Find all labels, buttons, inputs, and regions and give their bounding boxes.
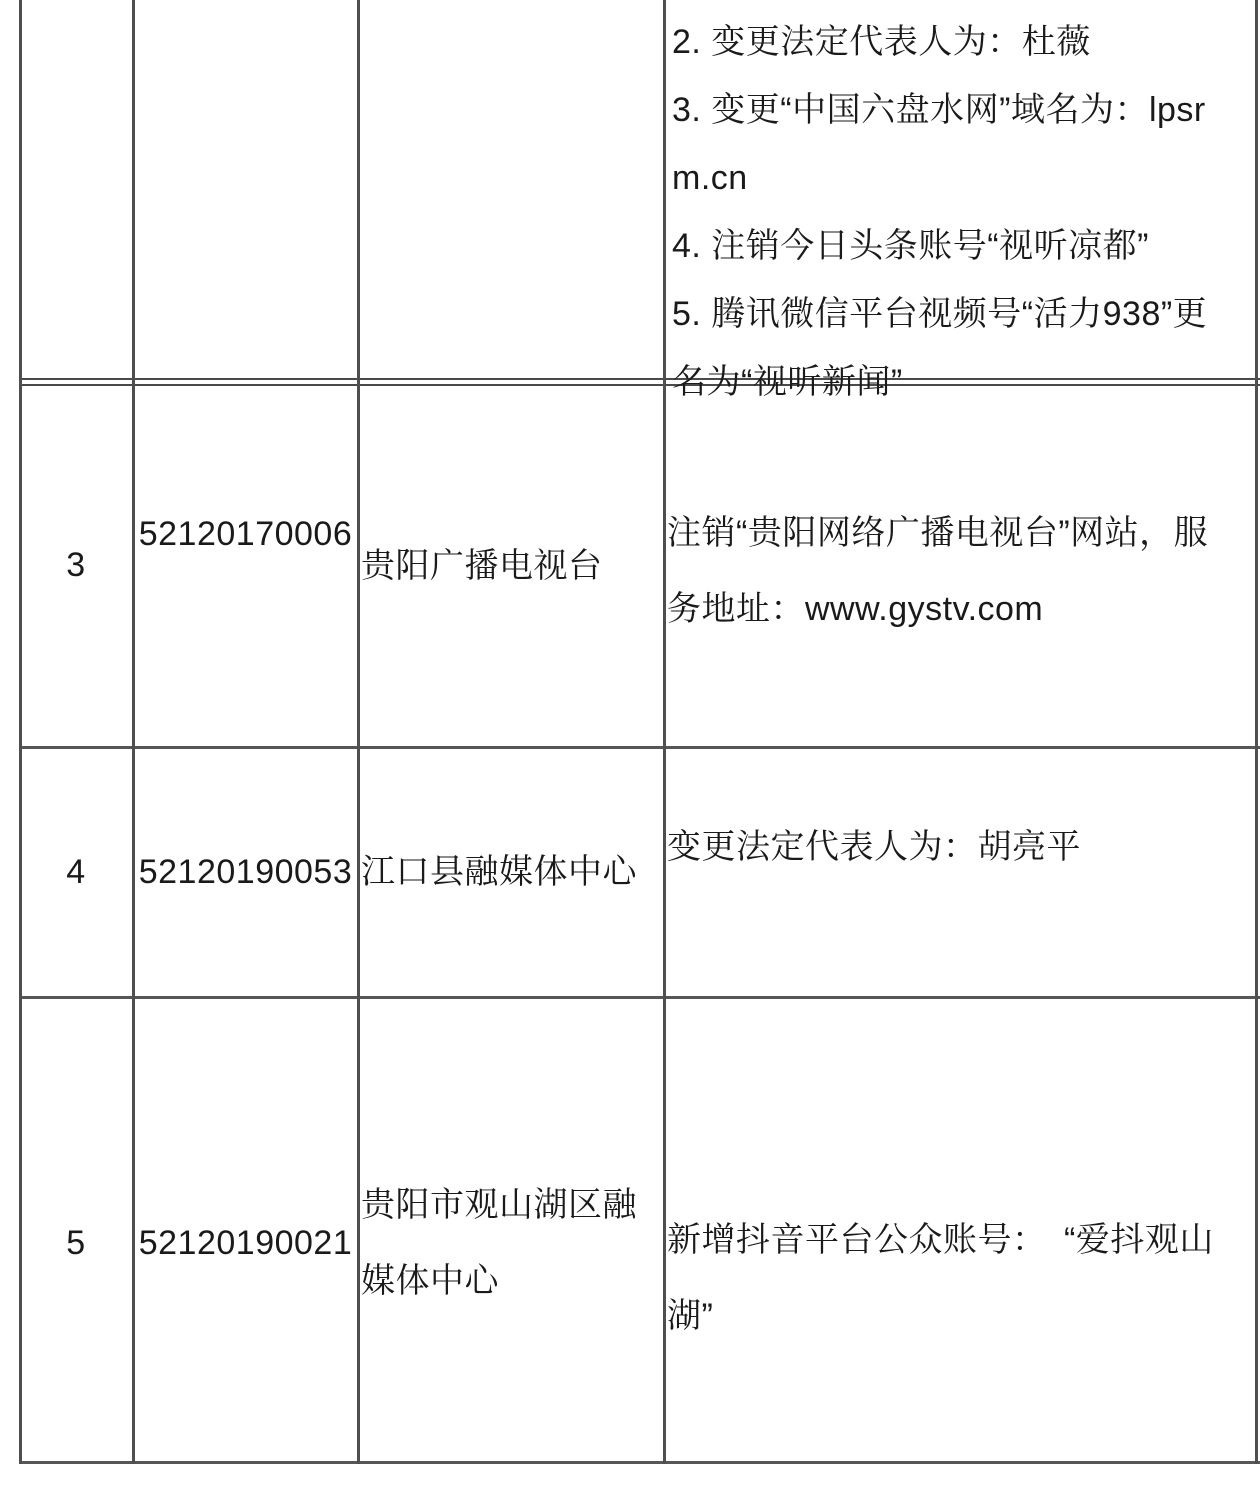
table-border-vertical-col3-col4 — [663, 0, 666, 1464]
table-row-license-cell: 52120190021 — [133, 998, 358, 1462]
table-row-changes-cell: 变更法定代表人为：胡亮平 — [667, 827, 1255, 867]
table-row-license-cell: 52120170006 — [133, 514, 358, 554]
table-row-seq-cell: 4 — [19, 748, 133, 995]
table-row-orgname-cell: 江口县融媒体中心 — [361, 748, 661, 995]
table-row-changes-cell: 注销“贵阳网络广播电视台”网站，服 务地址：www.gystv.com — [667, 495, 1255, 647]
table-row-seq-cell: 3 — [19, 385, 133, 745]
table-row-seq-cell: 5 — [19, 998, 133, 1462]
document-page: 2. 变更法定代表人为：杜薇 3. 变更“中国六盘水网”域名为：lpsr m.c… — [0, 0, 1260, 1490]
table-row-orgname-cell: 贵阳广播电视台 — [361, 546, 661, 586]
table-row-changes-cell: 2. 变更法定代表人为：杜薇 3. 变更“中国六盘水网”域名为：lpsr m.c… — [672, 8, 1256, 416]
table-row-changes-cell: 新增抖音平台公众账号： “爱抖观山 湖” — [667, 1202, 1257, 1354]
table-row-orgname-cell: 贵阳市观山湖区融 媒体中心 — [361, 1167, 663, 1319]
table-row-license-cell: 52120190053 — [133, 748, 358, 995]
